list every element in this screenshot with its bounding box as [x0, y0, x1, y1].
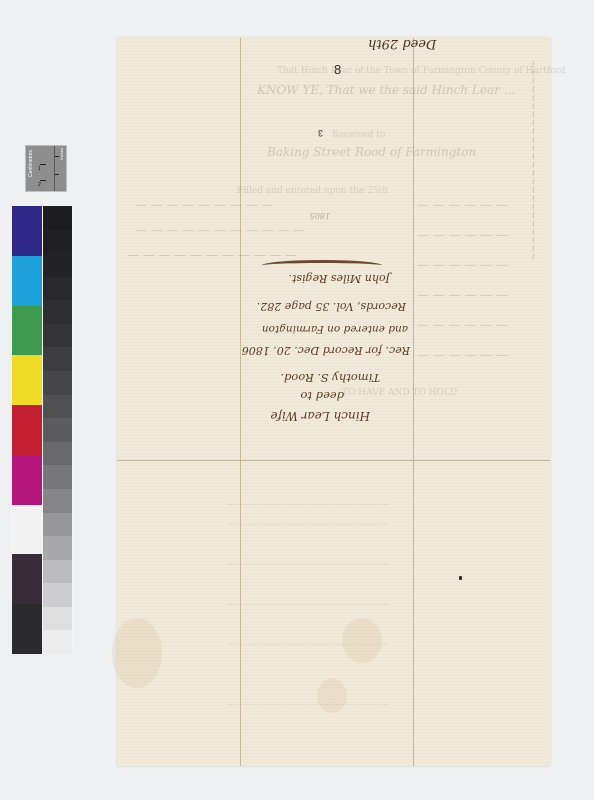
gray-step — [43, 206, 73, 230]
color-patch — [12, 405, 42, 455]
ink-spot — [459, 576, 462, 580]
gray-step — [43, 489, 73, 513]
bleed-through-text: KNOW YE, That we the said Hinch Lear ... — [257, 83, 515, 97]
fold-line-vertical — [240, 38, 241, 766]
bleed-through-text: Received to — [332, 130, 385, 140]
ruler-label-inches: Inches — [59, 148, 64, 160]
ruler-divider — [54, 146, 55, 191]
gray-step — [43, 230, 73, 254]
color-patch — [12, 355, 42, 405]
signature-flourish — [262, 260, 382, 271]
ruler-tick — [40, 180, 46, 181]
gray-step — [43, 513, 73, 537]
ruler-tick — [40, 164, 46, 165]
endorsement-line: Hinch Lear Wife — [270, 409, 370, 423]
fold-line-horizontal — [117, 460, 550, 461]
gray-step — [43, 300, 73, 324]
gray-step — [43, 465, 73, 489]
gray-scale-column — [43, 206, 73, 654]
gray-step — [43, 607, 73, 631]
bleed-through-text: Filled and entered upon the 25th — [237, 186, 388, 196]
bleed-through-text: Baking Street Rood of Farmington — [267, 145, 476, 159]
gray-step — [43, 253, 73, 277]
page-number: 8 — [334, 62, 341, 77]
ruler-label-centimetres: Centimetres — [28, 150, 34, 177]
color-patch — [12, 455, 42, 505]
gray-step — [43, 560, 73, 584]
gray-step — [43, 347, 73, 371]
endorsement-line: deed to — [300, 389, 344, 403]
endorsement-line: Records, Vol. 35 page 282. — [257, 300, 406, 313]
ruler-tick — [55, 174, 59, 175]
color-patch — [12, 256, 42, 306]
paper-stain — [112, 618, 162, 688]
ruler-number: 2 — [38, 182, 41, 188]
color-patch — [12, 306, 42, 356]
gray-step — [43, 442, 73, 466]
gray-step — [43, 395, 73, 419]
gray-step — [43, 418, 73, 442]
pencil-number: 3 — [318, 128, 323, 138]
color-patch — [12, 206, 42, 256]
endorsement-line: Rec. for Record Dec. 20. 1806 — [242, 344, 410, 357]
color-patch — [12, 554, 42, 604]
endorsement-line: Timothy S. Rood. — [280, 371, 380, 385]
color-patch — [12, 604, 42, 654]
recording-endorsement: Hinch Lear Wife deed to Timothy S. Rood.… — [245, 200, 410, 425]
color-patch — [12, 505, 42, 555]
scale-ruler: Centimetres Inches 1 2 — [25, 145, 67, 192]
docket-date-note: Deed 29th — [368, 36, 436, 51]
gray-step — [43, 277, 73, 301]
bleed-through-text: That Hinch Lear of the Town of Farmingto… — [277, 66, 566, 76]
color-calibration-chart — [11, 206, 73, 654]
gray-step — [43, 371, 73, 395]
gray-step — [43, 324, 73, 348]
signature-registrar: John Miles Regist. — [288, 272, 390, 285]
gray-step — [43, 630, 73, 654]
gray-step — [43, 536, 73, 560]
ruler-number: 1 — [38, 166, 41, 172]
faint-number: 1805 — [310, 211, 330, 220]
vertical-margin-note: ~~~~~~~~~~~~~~~~~~~~~~~~ — [527, 60, 538, 261]
endorsement-line: and entered on Farmington — [262, 323, 408, 335]
gray-step — [43, 583, 73, 607]
ruler-tick — [55, 156, 59, 157]
color-patch-column — [12, 206, 42, 654]
